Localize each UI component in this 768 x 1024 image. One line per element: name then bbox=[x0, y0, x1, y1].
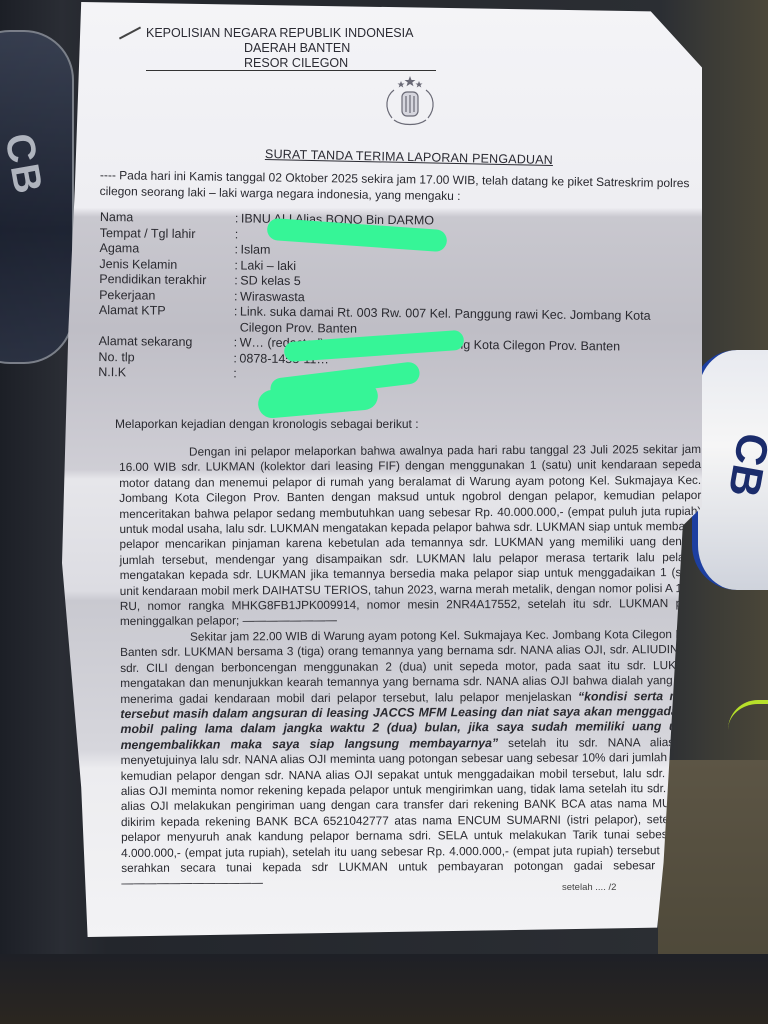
identity-label: Pendidikan terakhir bbox=[99, 272, 234, 289]
chronology-paragraph-2: Sekitar jam 22.00 WIB di Warung ayam pot… bbox=[120, 627, 703, 892]
identity-label: Jenis Kelamin bbox=[99, 256, 234, 273]
intro-paragraph: ---- Pada hari ini Kamis tanggal 02 Okto… bbox=[100, 167, 700, 207]
identity-label: Alamat KTP bbox=[99, 303, 234, 335]
letterhead: KEPOLISIAN NEGARA REPUBLIK INDONESIA DAE… bbox=[146, 26, 413, 71]
letterhead-line-3: RESOR CILEGON bbox=[146, 56, 413, 71]
page-continuation: setelah .... /2 bbox=[562, 882, 616, 893]
letterhead-line-1: KEPOLISIAN NEGARA REPUBLIK INDONESIA bbox=[146, 26, 413, 41]
police-emblem-icon bbox=[380, 74, 440, 134]
helmet-logo-right: CB bbox=[718, 429, 768, 500]
background-helmet-right: CB bbox=[692, 350, 768, 590]
background-bottom bbox=[0, 954, 768, 1024]
identity-label: Alamat sekarang bbox=[99, 334, 234, 351]
chronology-paragraph-1: Dengan ini pelapor melaporkan bahwa awal… bbox=[119, 442, 702, 630]
paragraph-2-end: setelah itu sdr. NANA alias OJI menyetuj… bbox=[121, 735, 704, 891]
identity-label: Pekerjaan bbox=[99, 287, 234, 304]
document-title: SURAT TANDA TERIMA LAPORAN PENGADUAN bbox=[265, 147, 553, 167]
identity-label: N.I.K bbox=[98, 365, 233, 382]
identity-label: No. tlp bbox=[98, 349, 233, 366]
background-helmet-left: CB bbox=[0, 30, 74, 364]
complaint-receipt-document: KEPOLISIAN NEGARA REPUBLIK INDONESIA DAE… bbox=[62, 2, 702, 937]
report-intro: Melaporkan kejadian dengan kronologis se… bbox=[115, 417, 419, 431]
letterhead-line-2: DAERAH BANTEN bbox=[146, 41, 413, 56]
identity-label: Tempat / Tgl lahir bbox=[100, 225, 235, 242]
chronology: Dengan ini pelapor melaporkan bahwa awal… bbox=[119, 442, 703, 892]
pen-mark bbox=[119, 26, 141, 39]
identity-label: Agama bbox=[100, 241, 235, 258]
helmet-logo-left: CB bbox=[0, 130, 50, 199]
background-green-trim bbox=[728, 700, 768, 734]
letterhead-rule bbox=[146, 70, 436, 71]
identity-label: Nama bbox=[100, 210, 235, 227]
